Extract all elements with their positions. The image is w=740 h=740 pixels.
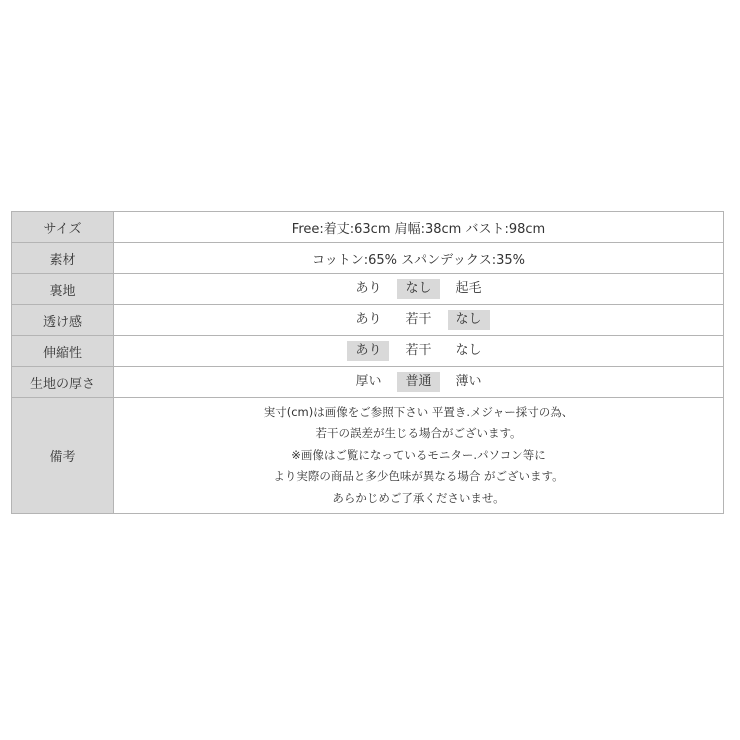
option-sheerness-yes: あり [347,310,389,330]
row-notes: 備考 実寸(cm)は画像をご参照下さい 平置き.メジャー採寸の為、 若干の誤差が… [12,398,724,514]
stretch-options: あり 若干 なし [343,341,493,361]
option-stretch-yes: あり [347,341,389,361]
option-thickness-thick: 厚い [347,372,389,392]
label-lining: 裏地 [12,274,114,305]
row-stretch: 伸縮性 あり 若干 なし [12,336,724,367]
notes-line: より実際の商品と多少色味が異なる場合 がございます。 [114,466,723,488]
option-lining-brushed: 起毛 [448,279,490,299]
row-thickness: 生地の厚さ 厚い 普通 薄い [12,367,724,398]
notes-line: 若干の誤差が生じる場合がございます。 [114,423,723,445]
value-stretch: あり 若干 なし [114,336,724,367]
value-material: コットン:65% スパンデックス:35% [114,243,724,274]
option-thickness-normal: 普通 [397,372,439,392]
notes-line: あらかじめご了承くださいませ。 [114,488,723,510]
sheerness-options: あり 若干 なし [343,310,493,330]
option-sheerness-slight: 若干 [397,310,439,330]
label-sheerness: 透け感 [12,305,114,336]
option-lining-yes: あり [347,279,389,299]
notes-text: 実寸(cm)は画像をご参照下さい 平置き.メジャー採寸の為、 若干の誤差が生じる… [114,402,723,510]
option-stretch-slight: 若干 [397,341,439,361]
label-material: 素材 [12,243,114,274]
lining-options: あり なし 起毛 [343,279,493,299]
value-notes: 実寸(cm)は画像をご参照下さい 平置き.メジャー採寸の為、 若干の誤差が生じる… [114,398,724,514]
option-sheerness-none: なし [448,310,490,330]
notes-line: ※画像はご覧になっているモニター.パソコン等に [114,445,723,467]
thickness-options: 厚い 普通 薄い [343,372,493,392]
row-sheerness: 透け感 あり 若干 なし [12,305,724,336]
value-lining: あり なし 起毛 [114,274,724,305]
label-stretch: 伸縮性 [12,336,114,367]
row-lining: 裏地 あり なし 起毛 [12,274,724,305]
option-stretch-none: なし [448,341,490,361]
notes-line: 実寸(cm)は画像をご参照下さい 平置き.メジャー採寸の為、 [114,402,723,424]
value-sheerness: あり 若干 なし [114,305,724,336]
value-size: Free:着丈:63cm 肩幅:38cm バスト:98cm [114,212,724,243]
row-size: サイズ Free:着丈:63cm 肩幅:38cm バスト:98cm [12,212,724,243]
option-thickness-thin: 薄い [448,372,490,392]
option-lining-none: なし [397,279,439,299]
label-notes: 備考 [12,398,114,514]
spec-table: サイズ Free:着丈:63cm 肩幅:38cm バスト:98cm 素材 コット… [11,211,724,514]
label-thickness: 生地の厚さ [12,367,114,398]
label-size: サイズ [12,212,114,243]
value-thickness: 厚い 普通 薄い [114,367,724,398]
row-material: 素材 コットン:65% スパンデックス:35% [12,243,724,274]
